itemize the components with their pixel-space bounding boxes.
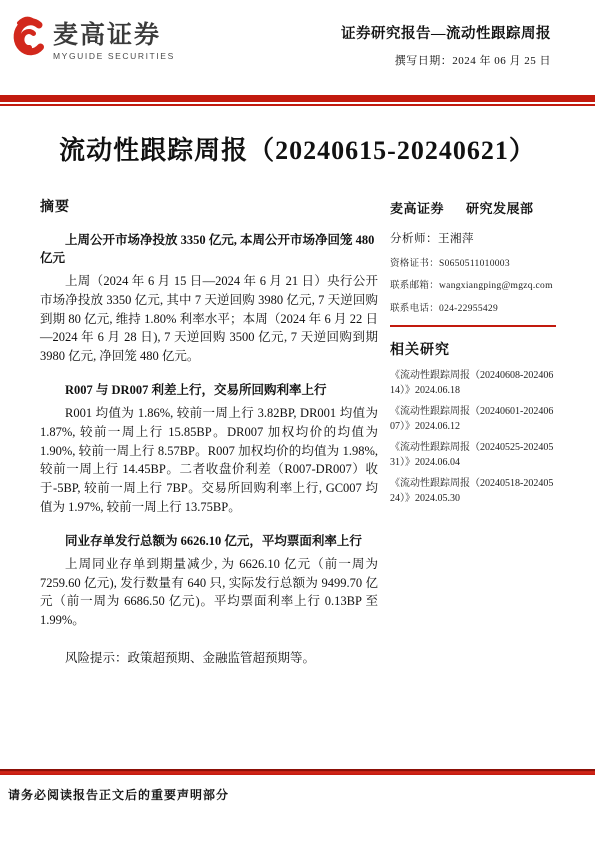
related-research-list: 《流动性跟踪周报（20240608-20240614）》2024.06.18 《…	[390, 368, 556, 507]
sidebar-column: 麦高证券 研究发展部 分析师：王湘萍 资格证书：S0650511010003 联…	[390, 198, 556, 512]
sidebar-red-divider	[390, 325, 556, 327]
cert-line: 资格证书：S0650511010003	[390, 255, 556, 269]
email-line: 联系邮箱：wangxiangping@mgzq.com	[390, 277, 556, 291]
section-heading: 上周公开市场净投放 3350 亿元, 本周公开市场净回笼 480 亿元	[40, 231, 378, 267]
dept-name: 研究发展部	[466, 198, 534, 217]
logo-name-en: MYGUIDE SECURITIES	[53, 51, 175, 61]
org-name: 麦高证券	[390, 198, 444, 217]
section-body: 上周同业存单到期量减少, 为 6626.10 亿元（前一周为 7259.60 亿…	[40, 555, 378, 630]
analyst-label: 分析师：	[390, 233, 438, 245]
logo-name-cn: 麦高证券	[53, 23, 175, 48]
analyst-name: 王湘萍	[438, 233, 474, 245]
cert-number: S0650511010003	[439, 259, 510, 269]
cert-label: 资格证书：	[390, 259, 439, 269]
header-meta: 证券研究报告—流动性跟踪周报 撰写日期：2024 年 06 月 25 日	[341, 16, 551, 68]
risk-notice: 风险提示：政策超预期、金融监管超预期等。	[40, 648, 378, 666]
header-rule-thin	[0, 104, 595, 106]
page-header: 麦高证券 MYGUIDE SECURITIES 证券研究报告—流动性跟踪周报 撰…	[10, 16, 551, 68]
footer-red-rule	[0, 769, 595, 775]
abstract-label: 摘要	[40, 196, 378, 216]
company-logo: 麦高证券 MYGUIDE SECURITIES	[10, 16, 175, 67]
logo-swirl-icon	[10, 16, 46, 67]
footer-disclaimer: 请务必阅读报告正文后的重要声明部分	[8, 786, 229, 803]
write-date: 撰写日期：2024 年 06 月 25 日	[341, 52, 551, 68]
email-value: wangxiangping@mgzq.com	[439, 281, 553, 291]
related-research-item: 《流动性跟踪周报（20240608-20240614）》2024.06.18	[390, 368, 556, 399]
phone-value: 024-22955429	[439, 304, 498, 314]
department-line: 麦高证券 研究发展部	[390, 198, 556, 217]
section-body: R001 均值为 1.86%, 较前一周上行 3.82BP, DR001 均值为…	[40, 404, 378, 517]
report-type-label: 证券研究报告—流动性跟踪周报	[341, 22, 551, 43]
email-label: 联系邮箱：	[390, 281, 439, 291]
related-research-item: 《流动性跟踪周报（20240518-20240524）》2024.05.30	[390, 476, 556, 507]
section-body: 上周（2024 年 6 月 15 日—2024 年 6 月 21 日）央行公开市…	[40, 272, 378, 366]
related-research-title: 相关研究	[390, 339, 556, 359]
report-cover-page: 麦高证券 MYGUIDE SECURITIES 证券研究报告—流动性跟踪周报 撰…	[0, 0, 595, 842]
section-heading: R007 与 DR007 利差上行，交易所回购利率上行	[40, 381, 378, 399]
analyst-line: 分析师：王湘萍	[390, 230, 556, 246]
related-research-item: 《流动性跟踪周报（20240525-20240531）》2024.06.04	[390, 440, 556, 471]
related-research-item: 《流动性跟踪周报（20240601-20240607）》2024.06.12	[390, 404, 556, 435]
section-heading: 同业存单发行总额为 6626.10 亿元，平均票面利率上行	[40, 532, 378, 550]
page-title: 流动性跟踪周报（20240615-20240621）	[0, 130, 595, 167]
abstract-column: 摘要 上周公开市场净投放 3350 亿元, 本周公开市场净回笼 480 亿元 上…	[40, 196, 378, 666]
phone-label: 联系电话：	[390, 304, 439, 314]
header-rule-thick	[0, 95, 595, 102]
phone-line: 联系电话：024-22955429	[390, 300, 556, 314]
